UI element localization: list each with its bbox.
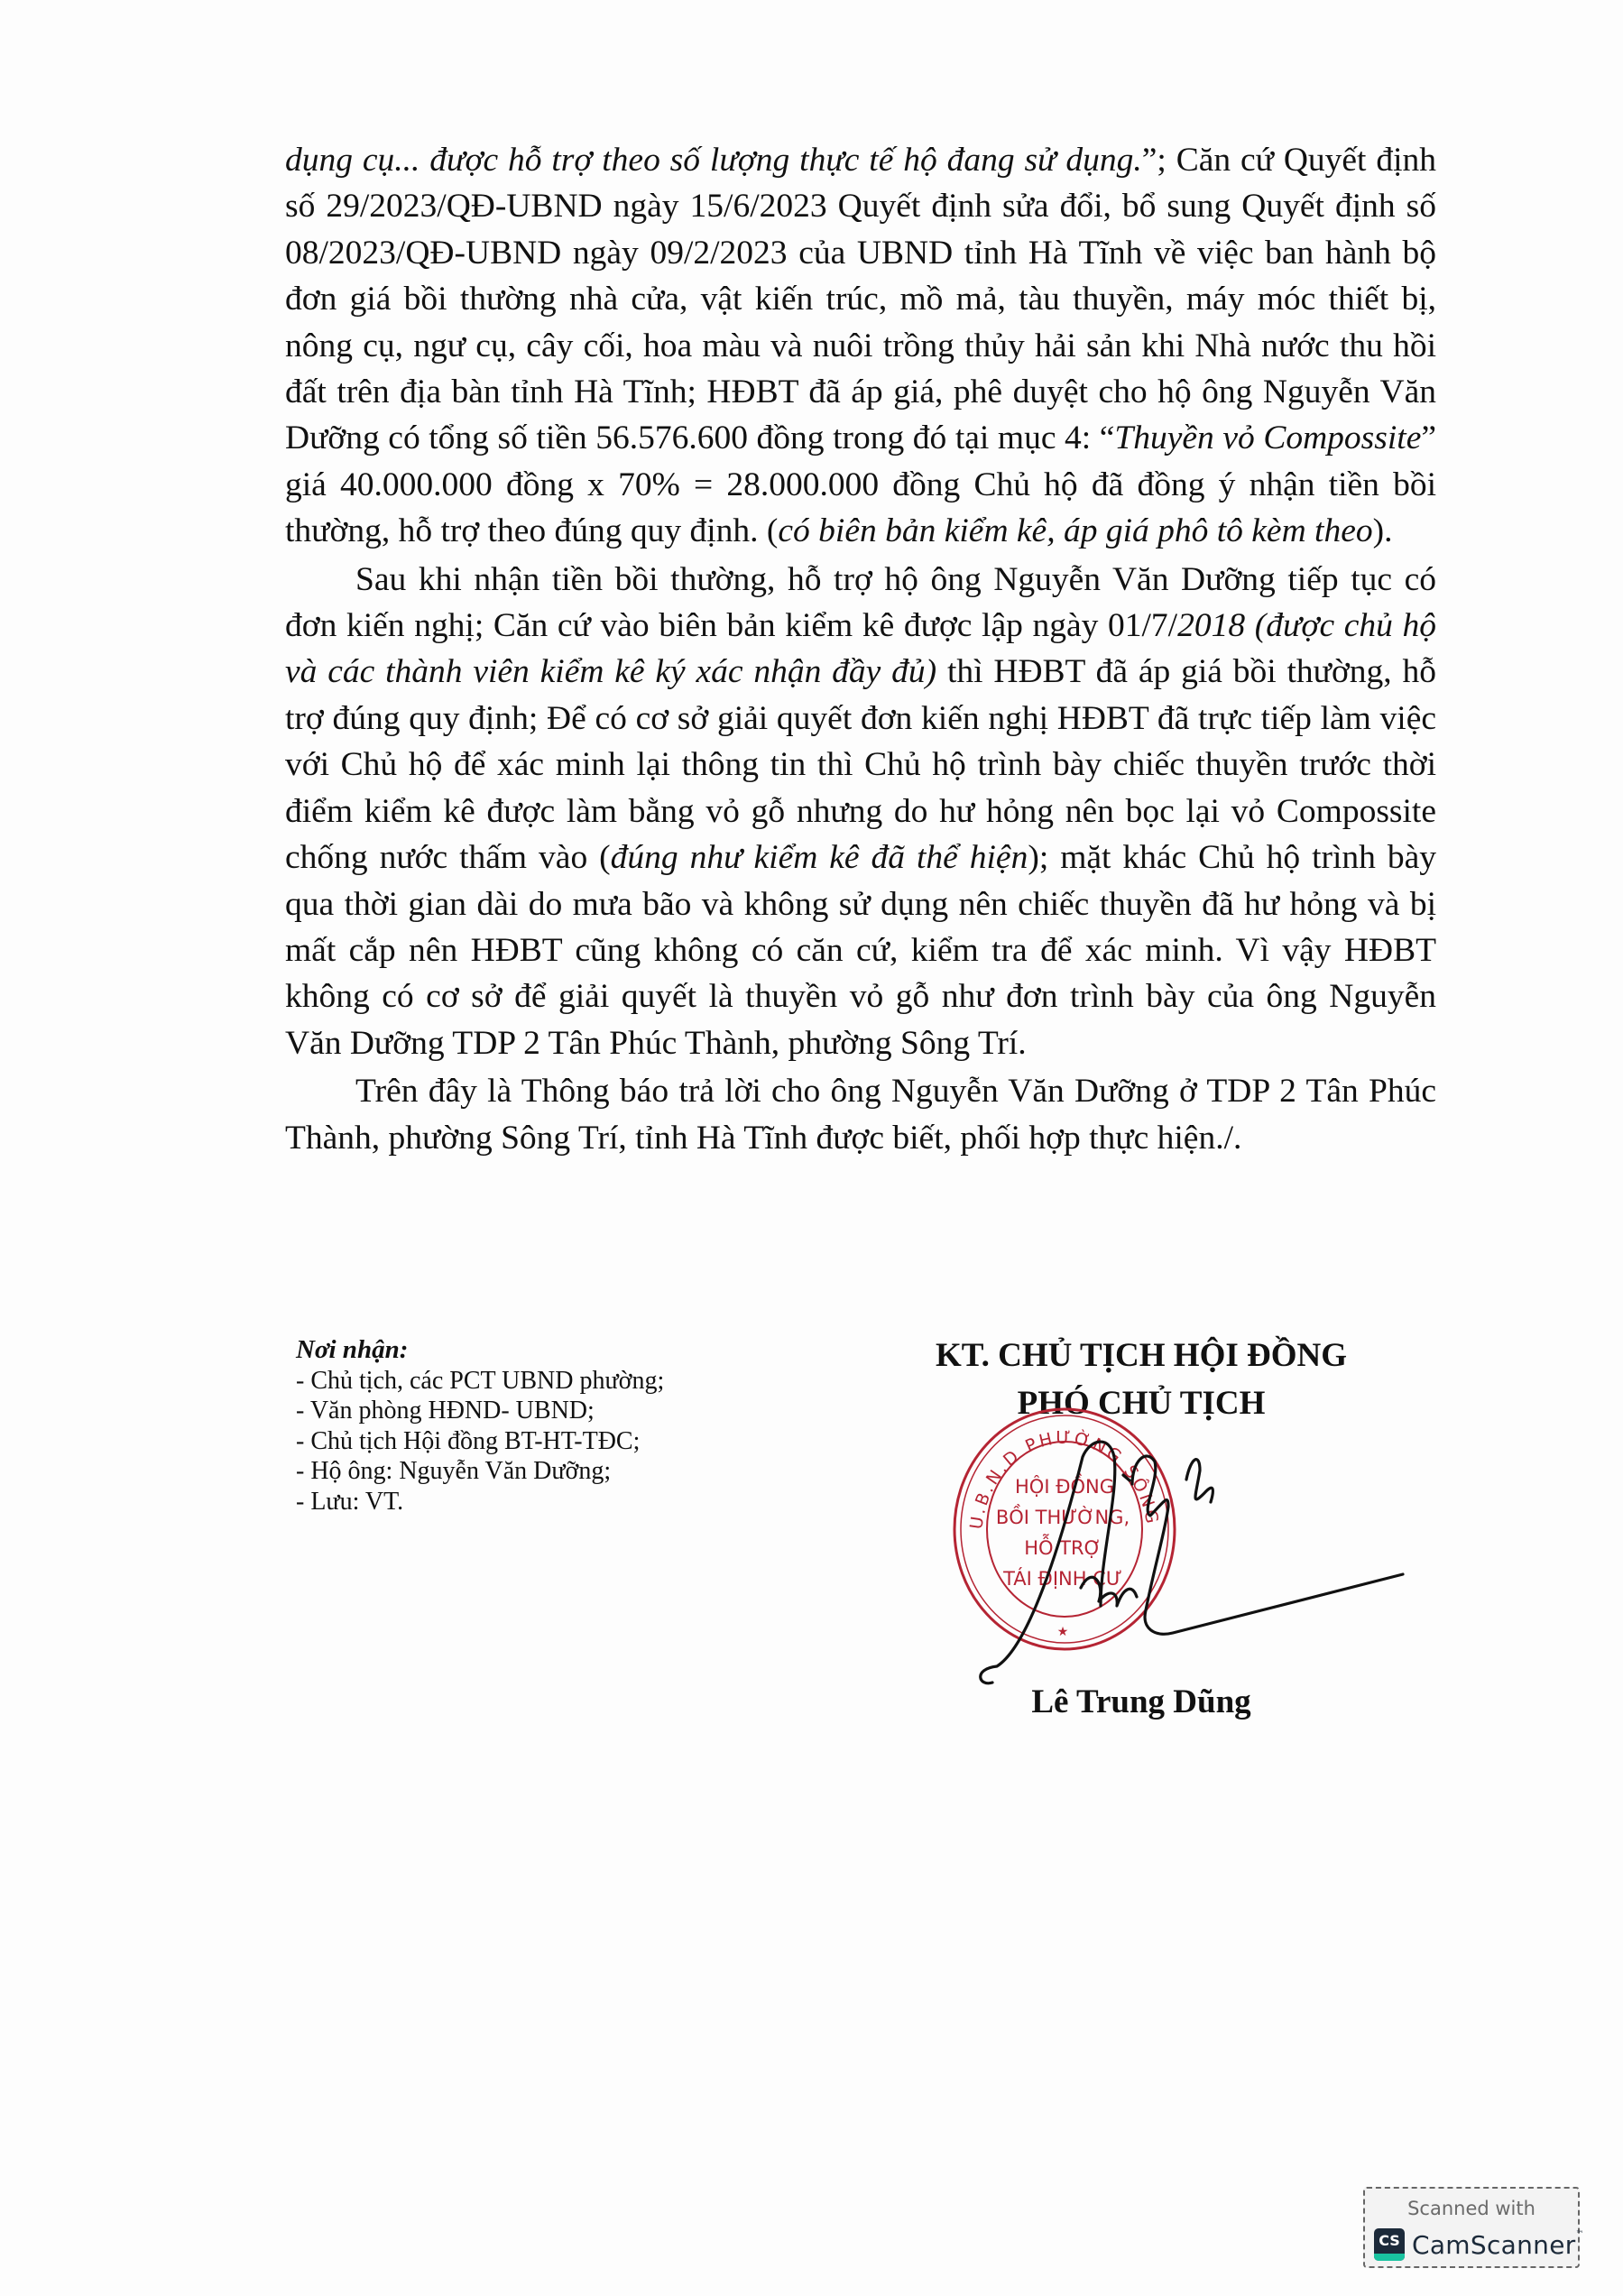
recipient-item: Chủ tịch Hội đồng BT-HT-TĐC; bbox=[296, 1426, 765, 1457]
recipient-item: Chủ tịch, các PCT UBND phường; bbox=[296, 1366, 765, 1397]
camscanner-watermark: Scanned with CS CamScanner™ bbox=[1363, 2187, 1580, 2268]
handwritten-signature-icon bbox=[974, 1430, 1416, 1692]
watermark-caption: Scanned with bbox=[1365, 2198, 1578, 2219]
camscanner-logo-icon: CS bbox=[1374, 2228, 1405, 2261]
document-page: dụng cụ... được hỗ trợ theo số lượng thự… bbox=[0, 0, 1623, 2296]
boat-item: Thuyền vỏ Compossite bbox=[1114, 420, 1421, 456]
paragraph-compensation-basis: dụng cụ... được hỗ trợ theo số lượng thự… bbox=[285, 137, 1436, 555]
recipients-list: Chủ tịch, các PCT UBND phường; Văn phòng… bbox=[296, 1366, 765, 1517]
recipient-item: Lưu: VT. bbox=[296, 1487, 765, 1517]
recipient-item: Văn phòng HĐND- UBND; bbox=[296, 1396, 765, 1426]
recipients-title: Nơi nhận: bbox=[296, 1335, 765, 1366]
attachment-note: có biên bản kiểm kê, áp giá phô tô kèm t… bbox=[778, 512, 1372, 549]
paragraph-conclusion: Trên đây là Thông báo trả lời cho ông Ng… bbox=[285, 1068, 1436, 1161]
recipient-item: Hộ ông: Nguyễn Văn Dưỡng; bbox=[296, 1456, 765, 1487]
letter-body: dụng cụ... được hỗ trợ theo số lượng thự… bbox=[285, 137, 1436, 1161]
recipients-block: Nơi nhận: Chủ tịch, các PCT UBND phường;… bbox=[296, 1335, 765, 1517]
signature-authority: KT. CHỦ TỊCH HỘI ĐỒNG bbox=[893, 1332, 1389, 1379]
paragraph-petition-review: Sau khi nhận tiền bồi thường, hỗ trợ hộ … bbox=[285, 557, 1436, 1066]
watermark-brand: CS CamScanner™ bbox=[1374, 2228, 1584, 2261]
quoted-regulation: dụng cụ... được hỗ trợ theo số lượng thự… bbox=[285, 142, 1142, 179]
signer-name: Lê Trung Dũng bbox=[893, 1683, 1389, 1721]
watermark-brand-name: CamScanner™ bbox=[1412, 2230, 1584, 2260]
